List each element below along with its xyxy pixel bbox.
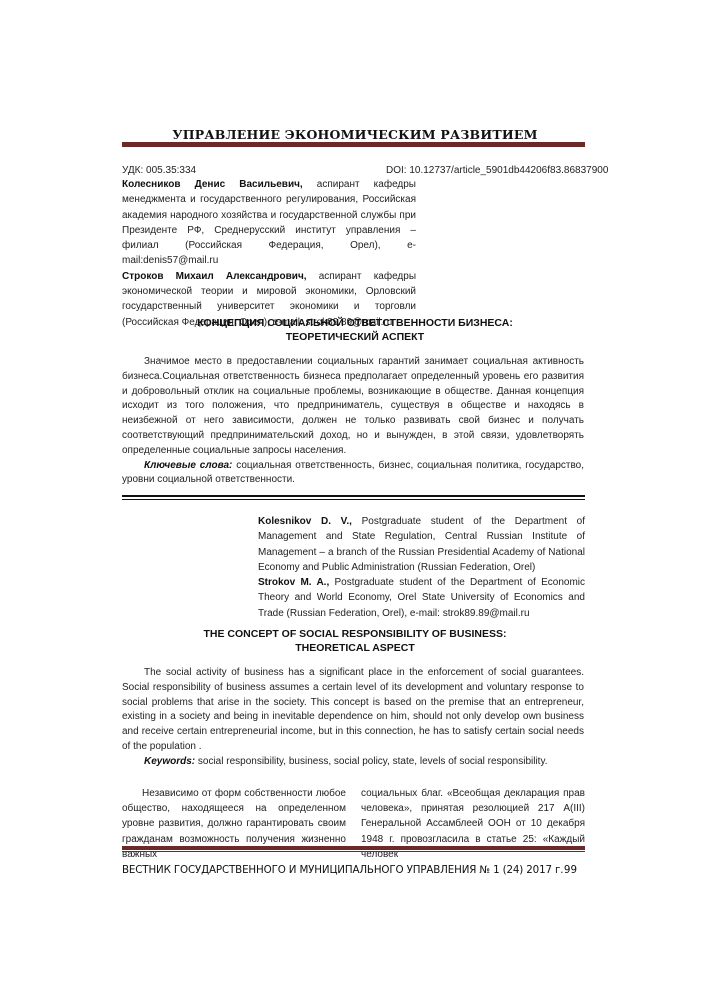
author-name: Strokov M. A.,	[258, 577, 329, 588]
footer-rule	[122, 846, 585, 850]
author-en-2: Strokov M. A., Postgraduate student of t…	[258, 575, 585, 621]
author-name: Колесников Денис Васильевич,	[122, 179, 303, 190]
page-number: 99	[564, 864, 577, 876]
journal-name: ВЕСТНИК ГОСУДАРСТВЕННОГО И МУНИЦИПАЛЬНОГ…	[122, 864, 563, 876]
author-ru-1: Колесников Денис Васильевич, аспирант ка…	[122, 177, 416, 269]
abstract-text: The social activity of business has a si…	[122, 666, 584, 755]
abstract-en: The social activity of business has a si…	[122, 666, 584, 770]
section-divider	[122, 495, 585, 500]
author-name: Строков Михаил Александрович,	[122, 271, 307, 282]
author-name: Kolesnikov D. V.,	[258, 516, 352, 527]
header-rule	[122, 142, 585, 147]
keywords-ru: Ключевые слова: социальная ответственнос…	[122, 459, 584, 489]
keywords-en: Keywords: social responsibility, busines…	[122, 755, 584, 770]
title-line: ТЕОРЕТИЧЕСКИЙ АСПЕКТ	[115, 330, 595, 344]
keywords-label: Ключевые слова:	[144, 460, 232, 471]
title-line: THE CONCEPT OF SOCIAL RESPONSIBILITY OF …	[115, 627, 595, 641]
title-line: КОНЦЕПЦИЯ СОЦИАЛЬНОЙ ОТВЕТСТВЕННОСТИ БИЗ…	[115, 316, 595, 330]
authors-en: Kolesnikov D. V., Postgraduate student o…	[258, 514, 585, 621]
keywords-label: Keywords:	[144, 756, 195, 767]
journal-page: УПРАВЛЕНИЕ ЭКОНОМИЧЕСКИМ РАЗВИТИЕМ УДК: …	[0, 0, 709, 1003]
udk-code: УДК: 005.35:334	[122, 165, 196, 176]
abstract-text: Значимое место в предоставлении социальн…	[122, 355, 584, 459]
abstract-ru: Значимое место в предоставлении социальн…	[122, 355, 584, 488]
article-title-en: THE CONCEPT OF SOCIAL RESPONSIBILITY OF …	[115, 627, 595, 655]
title-line: THEORETICAL ASPECT	[115, 641, 595, 655]
authors-ru: Колесников Денис Васильевич, аспирант ка…	[122, 177, 416, 330]
keywords-list: social responsibility, business, social …	[195, 756, 547, 767]
footer-rule-thin	[122, 851, 585, 852]
section-header: УПРАВЛЕНИЕ ЭКОНОМИЧЕСКИМ РАЗВИТИЕМ	[115, 127, 595, 142]
doi: DOI: 10.12737/article_5901db44206f83.868…	[386, 165, 608, 176]
author-affiliation: аспирант кафедры менеджмента и государст…	[122, 179, 416, 266]
author-en-1: Kolesnikov D. V., Postgraduate student o…	[258, 514, 585, 575]
article-title-ru: КОНЦЕПЦИЯ СОЦИАЛЬНОЙ ОТВЕТСТВЕННОСТИ БИЗ…	[115, 316, 595, 344]
